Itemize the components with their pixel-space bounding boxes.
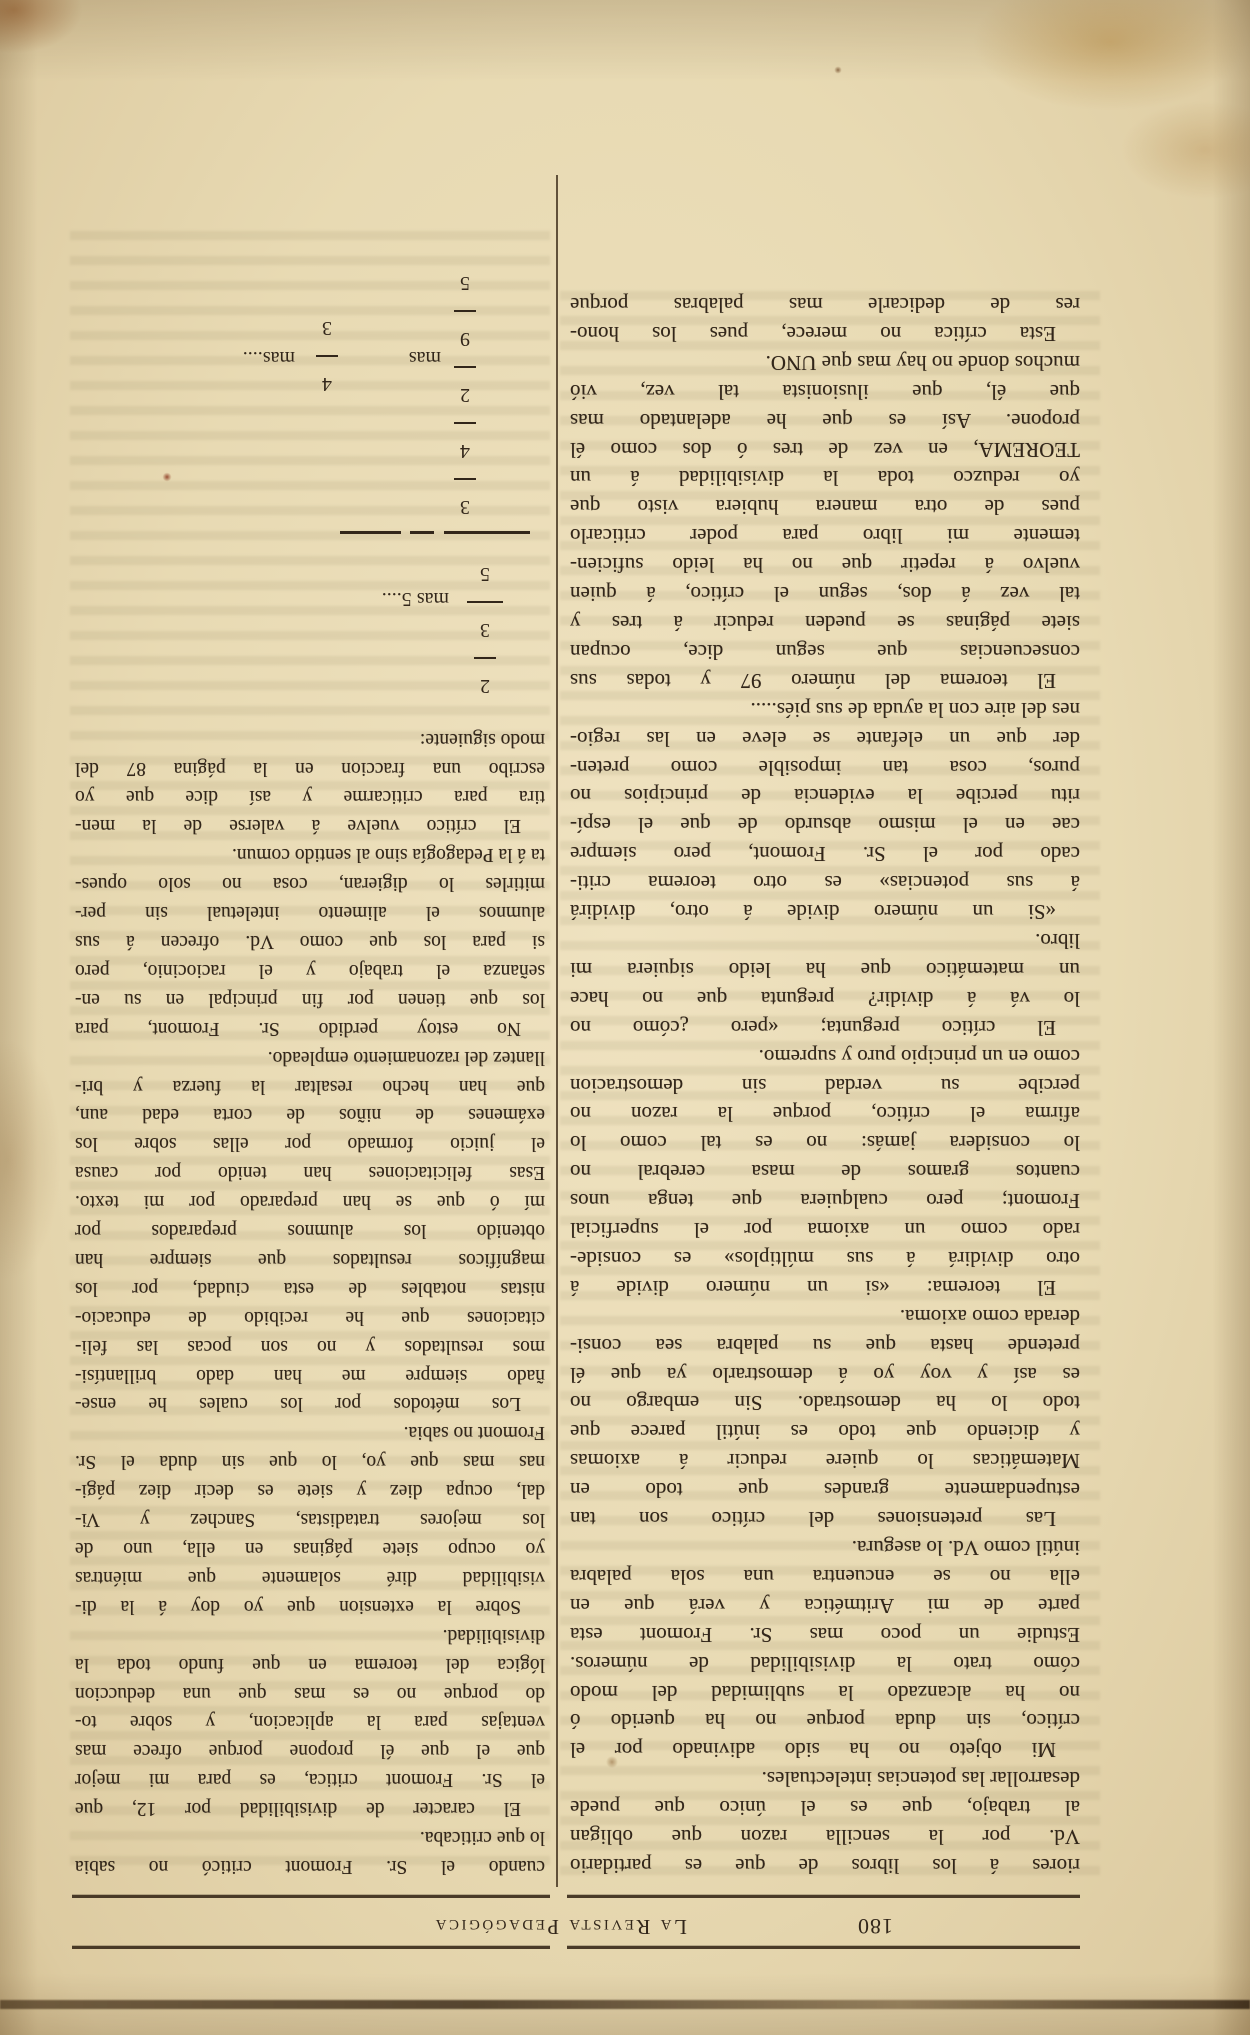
text-line: ritu percibe la evidencia de principios … xyxy=(570,782,1080,811)
text-line: visibilidad diré solamente que miéntras xyxy=(75,1562,545,1591)
text-line: No estoy perdido Sr. Fromont, para xyxy=(75,1013,545,1042)
page-edge-shadow xyxy=(0,2000,1250,2009)
text-line: puros, cosa tan imposible como preten- xyxy=(570,753,1080,782)
text-line: Matemáticas lo quiere reducir á axiomas xyxy=(570,1446,1080,1475)
text-line: obtenido los alumnos preparados por xyxy=(75,1215,545,1244)
text-line: Esta crítica no merece, pues los hono- xyxy=(570,319,1080,348)
text-line: que el que él propone porque ofrece mas xyxy=(75,1735,545,1764)
text-line: El crítico pregunta; «pero ¿cómo no xyxy=(570,1013,1080,1042)
text-line: divisibilidad. xyxy=(75,1620,545,1649)
text-line: afirma el crítico, porque la razon no xyxy=(570,1100,1080,1129)
text-line: exámenes de niños de corta edad aun, xyxy=(75,1100,545,1129)
fraction-b-numerator: 4 xyxy=(305,370,349,398)
text-line: cado por el Sr. Fromont, pero siempre xyxy=(570,839,1080,868)
text-line: ta á la Pedagogía sino al sentido comun. xyxy=(75,839,545,868)
fraction-a-outer-denominator: 5 xyxy=(463,560,507,588)
right-column: cuando el Sr. Fromont criticó no sabialo… xyxy=(75,224,545,1880)
text-line: Estudie un poco mas Sr. Fromont esta xyxy=(570,1620,1080,1649)
text-line: siete páginas se pueden reducir á tres y xyxy=(570,608,1080,637)
fraction-figure: 2 3 5 mas 5.... 34295 mas 4 3 mas.... xyxy=(75,224,545,724)
text-line: los mejores tratadistas, Sanchez y Vi- xyxy=(75,1504,545,1533)
text-line: Vd. por la sencilla razon que obligan xyxy=(570,1822,1080,1851)
journal-title: La Revista Pedagógica xyxy=(300,1914,820,1939)
text-line: ella no se encuentra una sola palabra xyxy=(570,1562,1080,1591)
text-line: Los métodos por los cuales he ense- xyxy=(75,1389,545,1418)
text-line: rado como un axioma por el superficial xyxy=(570,1215,1080,1244)
text-line: al trabajo, que es el único que puede xyxy=(570,1793,1080,1822)
fraction-a-denominator: 3 xyxy=(463,616,507,644)
text-line: parte de mi Aritmética y verá que en xyxy=(570,1591,1080,1620)
fraction-bar xyxy=(467,601,503,603)
text-line: ventajas para la aplicacion, y sobre to- xyxy=(75,1707,545,1736)
scanned-page: 180 La Revista Pedagógica riores á los l… xyxy=(0,0,1250,2035)
text-line: yo reduzco toda la divisibilidad á un xyxy=(570,464,1080,493)
text-line: lo que criticaba. xyxy=(75,1822,545,1851)
fraction-b: 4 3 xyxy=(305,314,349,398)
text-line: dal, ocupa diez y siete es decir diez pá… xyxy=(75,1475,545,1504)
fraction-a-numerator: 2 xyxy=(463,672,507,700)
text-line: nes del aire con la ayuda de sus piés...… xyxy=(570,695,1080,724)
text-line: El crítico vuelve á valerse de la men- xyxy=(75,810,545,839)
text-line: llantez del razonamiento empleado. xyxy=(75,1042,545,1071)
text-line: como en un principio puro y supremo. xyxy=(570,1042,1080,1071)
fraction-b-denominator: 3 xyxy=(305,314,349,342)
text-line: Sobre la extension que yo doy á la di- xyxy=(75,1591,545,1620)
text-line: derada como axioma. xyxy=(570,1302,1080,1331)
text-line: «Si un número divide á otro, dividirá xyxy=(570,897,1080,926)
text-line: temente mi libro para poder criticarlo xyxy=(570,521,1080,550)
text-line: der que un elefante se eleve en las regi… xyxy=(570,724,1080,753)
text-line: El teorema del número 97 y todas sus xyxy=(570,666,1080,695)
text-line: tal vez á dos, segun el crítico, á quien xyxy=(570,579,1080,608)
text-line: el Sr. Fromont critica, es para mi mejor xyxy=(75,1764,545,1793)
text-line: Mi objeto no ha sido adivinado por el xyxy=(570,1735,1080,1764)
text-line: El teorema: «si un número divide á xyxy=(570,1273,1080,1302)
text-line: mí ó que se han preparado por mi texto. xyxy=(75,1186,545,1215)
text-line: Fromont no sabia. xyxy=(75,1418,545,1447)
fraction-a-suffix: mas 5.... xyxy=(382,586,449,612)
text-line: Fromont; pero cualquiera que tenga unos xyxy=(570,1186,1080,1215)
text-line: consecuencias que segun dice, ocupan xyxy=(570,637,1080,666)
text-line: cuando el Sr. Fromont criticó no sabia xyxy=(75,1851,545,1880)
text-line: Las pretensiones del crítico son tan xyxy=(570,1504,1080,1533)
tower-level-digit: 9 xyxy=(443,325,487,353)
text-line: nas mas que yo, lo que sin duda el Sr. xyxy=(75,1446,545,1475)
text-line: riores á los libros de que es partidario xyxy=(570,1851,1080,1880)
text-line: libro. xyxy=(570,926,1080,955)
text-line: desarrollar las potencias intelectuales. xyxy=(570,1764,1080,1793)
fraction-bar xyxy=(454,366,476,368)
text-line: el juicio formado por ellas sobre los xyxy=(75,1128,545,1157)
header-rule-bottom-right-segment xyxy=(72,1895,550,1898)
text-line: El caracter de divisibilidad por 12, que xyxy=(75,1793,545,1822)
text-line: mitirles lo digieran, cosa no solo opues… xyxy=(75,868,545,897)
text-line: modo siguiente: xyxy=(75,724,545,753)
text-line: pretende hasta que su palabra sea consi- xyxy=(570,1331,1080,1360)
formula-separator-rule xyxy=(340,531,530,534)
text-line: vuelvo á repetir que no ha leido suficie… xyxy=(570,550,1080,579)
header-rule-top-left-segment xyxy=(567,1946,1080,1949)
text-line: y diciendo que todo es inútil parece que xyxy=(570,1418,1080,1447)
text-line: lo considera jamás: no es tal como lo xyxy=(570,1128,1080,1157)
text-line: propone. Así es que he adelantado mas xyxy=(570,406,1080,435)
stacked-fraction-tower: 34295 xyxy=(443,269,487,521)
text-line: un matemático que ha leido siquiera mi xyxy=(570,955,1080,984)
text-line: nistas notables de esta ciudad, por los xyxy=(75,1273,545,1302)
text-line: tira para criticarme y así dice que yo xyxy=(75,782,545,811)
text-line: que él, que ilusionista tal vez, vió xyxy=(570,377,1080,406)
header-rule-bottom-left-segment xyxy=(567,1895,1080,1898)
text-line: res de dedicarle mas palabras porque xyxy=(570,290,1080,319)
text-line: cuantos gramos de masa cerebral no xyxy=(570,1157,1080,1186)
text-line: percibe su verdad sin demostracion xyxy=(570,1071,1080,1100)
text-line: estupendamente grandes que todo en xyxy=(570,1475,1080,1504)
text-line: señanza el trabajo y el raciocinio, pero xyxy=(75,955,545,984)
tower-level-digit: 5 xyxy=(443,269,487,297)
text-line: Esas felicitaciones han tenido por causa xyxy=(75,1157,545,1186)
text-line: cómo trato la divisibilidad de números. xyxy=(570,1649,1080,1678)
text-line: magníficos resultados que siempre han xyxy=(75,1244,545,1273)
text-line: mos resultados y no son pocas las feli- xyxy=(75,1331,545,1360)
tower-level-digit: 3 xyxy=(443,493,487,521)
text-line: otro dividirá á sus múltiplos» es consid… xyxy=(570,1244,1080,1273)
text-line: TEOREMA, en vez de tres ó dos como él xyxy=(570,435,1080,464)
text-line: lógica del teorema en que fundo toda la xyxy=(75,1649,545,1678)
left-column: riores á los libros de que es partidario… xyxy=(570,290,1080,1880)
tower-level-digit: 2 xyxy=(443,381,487,409)
fraction-bar xyxy=(454,422,476,424)
text-line: es así y voy yo á demostrarlo ya que él xyxy=(570,1360,1080,1389)
fraction-bar xyxy=(316,355,338,357)
text-line: todo lo ha demostrado. Sin embargo no xyxy=(570,1389,1080,1418)
text-line: yo ocupo siete páginas en ella, uno de xyxy=(75,1533,545,1562)
text-line: los que tienen por fin principal en su e… xyxy=(75,984,545,1013)
mas-label: mas xyxy=(409,345,441,371)
complex-fraction-a: 2 3 5 xyxy=(463,560,507,700)
text-line: do porque no es mas que una deduccion xyxy=(75,1678,545,1707)
tower-level-digit: 4 xyxy=(443,437,487,465)
page-sheet-rotated-180: 180 La Revista Pedagógica riores á los l… xyxy=(0,0,1250,2035)
text-line: crítico, sin duda porque no ha querido ó xyxy=(570,1707,1080,1736)
text-line: cae en el mismo absurdo de que el espí- xyxy=(570,810,1080,839)
text-line: á sus potencias» es otro teorema criti- xyxy=(570,868,1080,897)
fraction-bar xyxy=(454,478,476,480)
text-line: que han hecho resaltar la fuerza y bri- xyxy=(75,1071,545,1100)
text-line: pues de otra manera hubiera visto que xyxy=(570,493,1080,522)
header-rule-top-right-segment xyxy=(72,1946,550,1949)
text-line: ñado siempre me han dado brillantísi- xyxy=(75,1360,545,1389)
trailing-mas-label: mas.... xyxy=(243,345,295,371)
text-line: citaciones que he recibido de educacio- xyxy=(75,1302,545,1331)
text-line: alumnos el alimento inteletual sin per- xyxy=(75,897,545,926)
column-divider-rule xyxy=(556,175,558,1887)
fraction-bar xyxy=(474,657,496,659)
text-line: muchos donde no hay mas que UNO. xyxy=(570,348,1080,377)
text-line: no ha alcanzado la sublimidad del modo xyxy=(570,1678,1080,1707)
text-line: si para los que como Vd. ofrecen á sus xyxy=(75,926,545,955)
fraction-bar xyxy=(454,310,476,312)
text-line: lo vá á dividir? pregunta que no hace xyxy=(570,984,1080,1013)
text-line: inútil como Vd. lo asegura. xyxy=(570,1533,1080,1562)
text-line: escribo una fraccion en la página 87 del xyxy=(75,753,545,782)
